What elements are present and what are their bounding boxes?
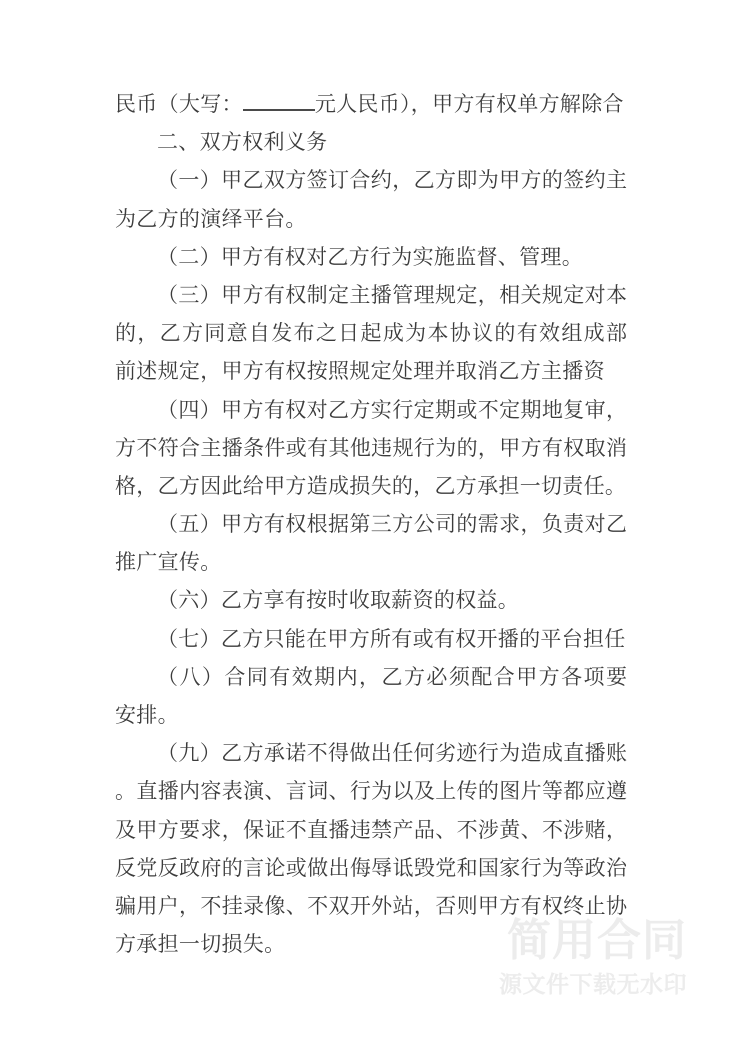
text-line: 为乙方的演绎平台。: [115, 200, 627, 238]
paragraph: （二）甲方有权对乙方行为实施监督、管理。: [115, 238, 627, 276]
contract-page: 民币（大写：元人民币），甲方有权单方解除合约。二、双方权利义务（一）甲乙双方签订…: [0, 0, 742, 1050]
text-line: 二、双方权利义务: [115, 123, 627, 161]
text-line: 方不符合主播条件或有其他违规行为的，甲方有权取消乙方主播资: [115, 429, 627, 467]
paragraph: （六）乙方享有按时收取薪资的权益。: [115, 581, 627, 619]
text-line: 及甲方要求，保证不直播违禁产品、不涉黄、不涉赌，不涉及发表: [115, 811, 627, 849]
text-line: 骗用户，不挂录像、不双开外站，否则甲方有权终止协议，要求乙: [115, 887, 627, 925]
text-line: （二）甲方有权对乙方行为实施监督、管理。: [115, 238, 627, 276]
contract-body: 民币（大写：元人民币），甲方有权单方解除合约。二、双方权利义务（一）甲乙双方签订…: [115, 85, 627, 963]
section-heading: 二、双方权利义务: [115, 123, 627, 161]
paragraph: （七）乙方只能在甲方所有或有权开播的平台担任主播。: [115, 620, 627, 658]
text-line: （七）乙方只能在甲方所有或有权开播的平台担任主播。: [115, 620, 627, 658]
text-line: （九）乙方承诺不得做出任何劣迹行为造成直播账号无法播出: [115, 734, 627, 772]
text-line: （五）甲方有权根据第三方公司的需求，负责对乙方进行包装、: [115, 505, 627, 543]
paragraph: （五）甲方有权根据第三方公司的需求，负责对乙方进行包装、推广宣传。: [115, 505, 627, 581]
paragraph: （四）甲方有权对乙方实行定期或不定期地复审，复审发现乙方不符合主播条件或有其他违…: [115, 391, 627, 506]
text-line: 方承担一切损失。: [115, 925, 627, 963]
paragraph: （八）合同有效期内，乙方必须配合甲方各项要求，服从甲方安排。: [115, 658, 627, 734]
paragraph: （九）乙方承诺不得做出任何劣迹行为造成直播账号无法播出。直播内容表演、言词、行为…: [115, 734, 627, 963]
paragraph: （三）甲方有权制定主播管理规定，相关规定对本协议有影响的，乙方同意自发布之日起成…: [115, 276, 627, 391]
text-line: 民币（大写：元人民币），甲方有权单方解除合约。: [115, 85, 627, 123]
text-line: （四）甲方有权对乙方实行定期或不定期地复审，复审发现乙: [115, 391, 627, 429]
text-line: 。直播内容表演、言词、行为以及上传的图片等都应遵守法律法规: [115, 772, 627, 810]
text-line: （一）甲乙双方签订合约，乙方即为甲方的签约主播，甲方即: [115, 161, 627, 199]
paragraph: （一）甲乙双方签订合约，乙方即为甲方的签约主播，甲方即为乙方的演绎平台。: [115, 161, 627, 237]
fill-in-blank: [243, 107, 315, 111]
text-line: 格，乙方因此给甲方造成损失的，乙方承担一切责任。: [115, 467, 627, 505]
text-line: 安排。: [115, 696, 627, 734]
watermark-subtitle: 源文件下载无水印: [499, 973, 687, 996]
text-line: 前述规定，甲方有权按照规定处理并取消乙方主播资格。: [115, 352, 627, 390]
text-line: （三）甲方有权制定主播管理规定，相关规定对本协议有影响: [115, 276, 627, 314]
paragraph: 民币（大写：元人民币），甲方有权单方解除合约。: [115, 85, 627, 123]
text-line: （八）合同有效期内，乙方必须配合甲方各项要求，服从甲方: [115, 658, 627, 696]
text-line: （六）乙方享有按时收取薪资的权益。: [115, 581, 627, 619]
text-line: 推广宣传。: [115, 543, 627, 581]
text-line: 的，乙方同意自发布之日起成为本协议的有效组成部分，乙方违反: [115, 314, 627, 352]
text-line: 反党反政府的言论或做出侮辱诋毁党和国家行为等政治问题、不欺: [115, 849, 627, 887]
